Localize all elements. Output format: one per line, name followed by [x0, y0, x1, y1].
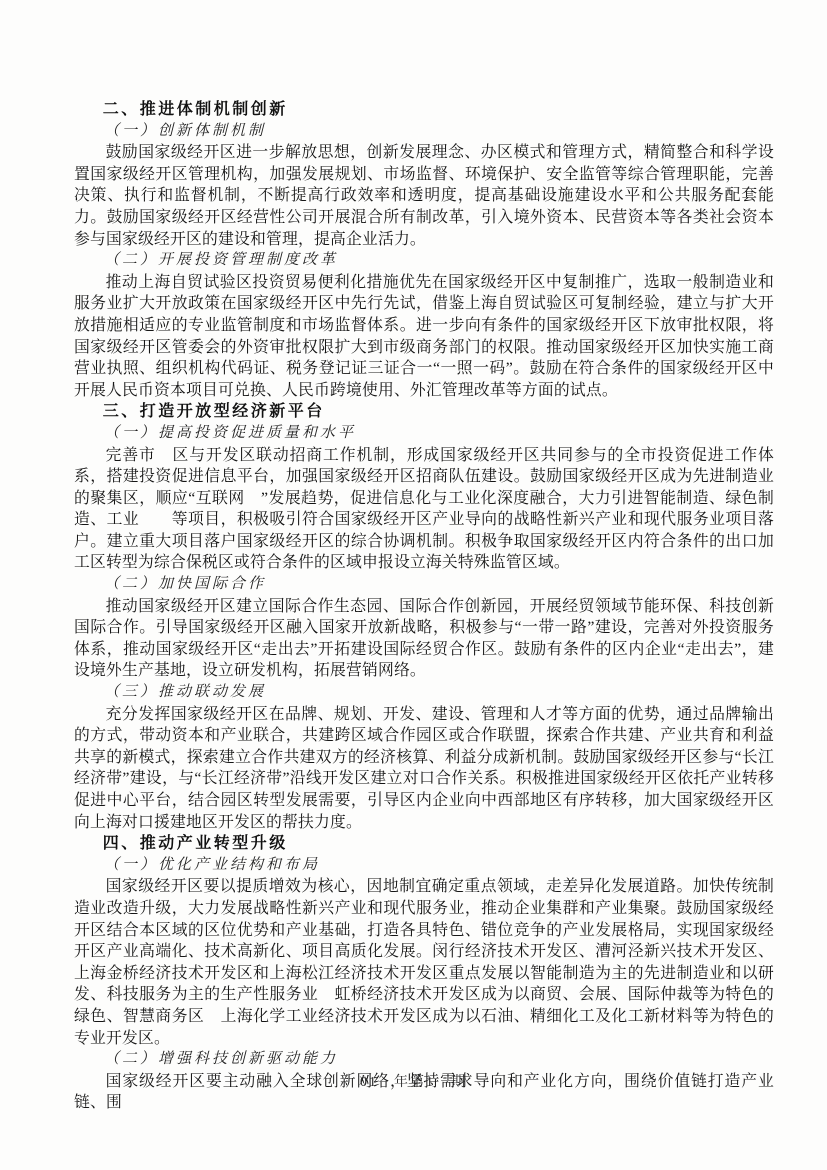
paragraph: 鼓励国家级经开区进一步解放思想，创新发展理念、办区模式和管理方式，精简整合和科学…: [74, 142, 774, 250]
footer-issue-text: 01 年第1 期: [360, 1075, 467, 1090]
document-page: 二、推进体制机制创新 （一）创新体制机制 鼓励国家级经开区进一步解放思想，创新发…: [0, 0, 827, 1170]
section-open-economy-platform: 三、打造开放型经济新平台 （一）提高投资促进质量和水平 完善市 区与开发区联动招…: [74, 401, 774, 833]
subsection-heading: （二）加快国际合作: [74, 574, 774, 596]
subsection-heading: （一）创新体制机制: [74, 121, 774, 143]
paragraph: 国家级经开区要以提质增效为核心，因地制宜确定重点领域，走差异化发展道路。加快传统…: [74, 876, 774, 1049]
subsection-heading: （二）开展投资管理制度改革: [74, 250, 774, 272]
subsection-heading: （一）提高投资促进质量和水平: [74, 423, 774, 445]
paragraph: 完善市 区与开发区联动招商工作机制，形成国家级经开区共同参与的全市投资促进工作体…: [74, 445, 774, 575]
subsection-heading: （三）推动联动发展: [74, 682, 774, 704]
paragraph: 推动国家级经开区建立国际合作生态园、国际合作创新园，开展经贸领域节能环保、科技创…: [74, 596, 774, 682]
section-heading: 四、推动产业转型升级: [74, 833, 774, 855]
paragraph: 充分发挥国家级经开区在品牌、规划、开发、建设、管理和人才等方面的优势，通过品牌输…: [74, 704, 774, 834]
page-footer: 01 年第1 期: [0, 1071, 827, 1091]
document-content: 二、推进体制机制创新 （一）创新体制机制 鼓励国家级经开区进一步解放思想，创新发…: [74, 99, 774, 1114]
subsection-heading: （一）优化产业结构和布局: [74, 855, 774, 877]
subsection-heading: （二）增强科技创新驱动能力: [74, 1049, 774, 1071]
section-heading: 三、打造开放型经济新平台: [74, 401, 774, 423]
section-institutional-innovation: 二、推进体制机制创新 （一）创新体制机制 鼓励国家级经开区进一步解放思想，创新发…: [74, 99, 774, 401]
section-heading: 二、推进体制机制创新: [74, 99, 774, 121]
paragraph: 推动上海自贸试验区投资贸易便利化措施优先在国家级经开区中复制推广，选取一般制造业…: [74, 272, 774, 402]
